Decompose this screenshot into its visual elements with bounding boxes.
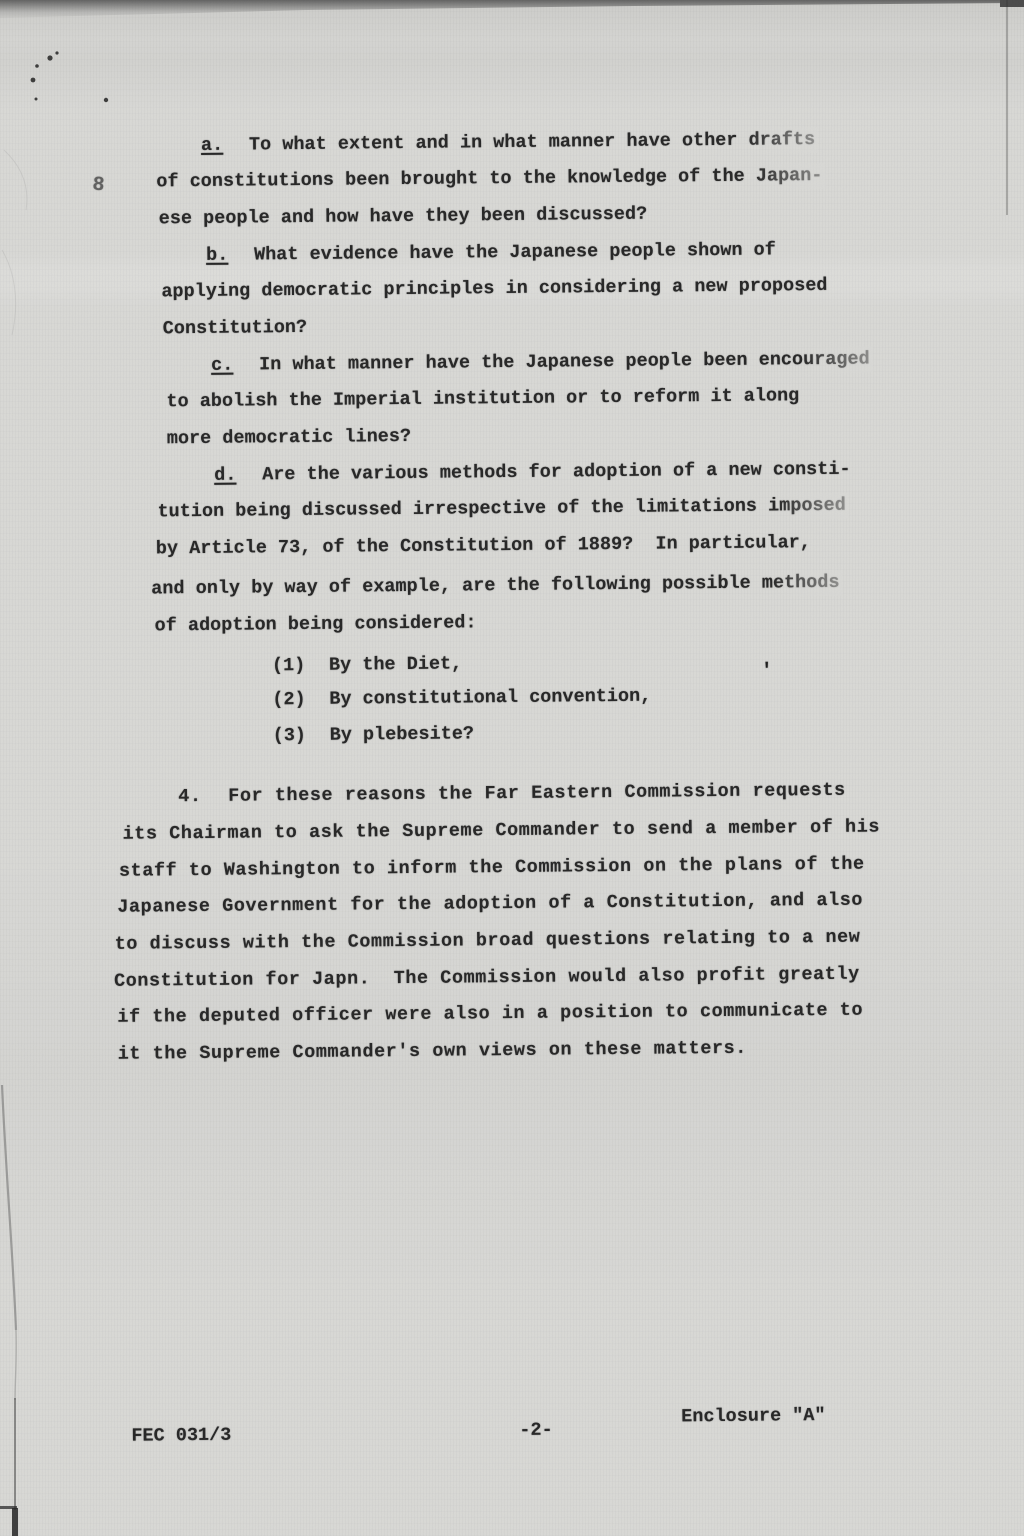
text-line: c.In what manner have the Japanese peopl… bbox=[211, 349, 870, 377]
line-text: of adoption being considered: bbox=[155, 612, 477, 636]
line-text: and only by way of example, are the foll… bbox=[151, 572, 839, 600]
stray-ink-mark: ' bbox=[761, 659, 773, 681]
footer-doc-number: FEC 031/3 bbox=[131, 1425, 231, 1447]
line-text: ese people and how have they been discus… bbox=[159, 204, 648, 230]
line-text: Constitution? bbox=[163, 317, 308, 339]
line-text: Are the various methods for adoption of … bbox=[262, 459, 851, 486]
line-text: Japanese Government for the adoption of … bbox=[117, 890, 863, 918]
line-text: To what extent and in what manner have o… bbox=[249, 129, 815, 155]
line-text: more democratic lines? bbox=[167, 426, 411, 449]
paragraph-label: d. bbox=[214, 464, 262, 486]
text-line: 4.For these reasons the Far Eastern Comm… bbox=[178, 780, 846, 808]
line-text: By plebesite? bbox=[330, 723, 475, 745]
text-line: ese people and how have they been discus… bbox=[159, 204, 648, 231]
text-line: more democratic lines? bbox=[167, 426, 411, 450]
text-line: Japanese Government for the adoption of … bbox=[117, 890, 863, 919]
line-text: if the deputed officer were also in a po… bbox=[117, 1000, 863, 1028]
line-text: its Chairman to ask the Supreme Commande… bbox=[123, 816, 881, 844]
text-line: d.Are the various methods for adoption o… bbox=[214, 459, 851, 487]
text-line: if the deputed officer were also in a po… bbox=[117, 1000, 863, 1029]
text-line: applying democratic principles in consid… bbox=[161, 275, 827, 303]
text-line: by Article 73, of the Constitution of 18… bbox=[156, 532, 811, 560]
text-line: to abolish the Imperial institution or t… bbox=[166, 385, 799, 413]
text-line: Constitution for Japn. The Commission wo… bbox=[114, 964, 860, 993]
line-text: applying democratic principles in consid… bbox=[161, 275, 827, 302]
text-line: to discuss with the Commission broad que… bbox=[115, 927, 861, 956]
line-text: Constitution for Japn. The Commission wo… bbox=[114, 964, 860, 992]
list-number: (2) bbox=[272, 689, 329, 712]
text-line: Constitution? bbox=[163, 317, 308, 340]
line-text: to discuss with the Commission broad que… bbox=[115, 927, 861, 955]
text-line: it the Supreme Commander's own views on … bbox=[118, 1038, 747, 1066]
text-line: staff to Washington to inform the Commis… bbox=[119, 854, 865, 883]
line-text: it the Supreme Commander's own views on … bbox=[118, 1038, 747, 1065]
line-text: In what manner have the Japanese people … bbox=[259, 349, 870, 376]
line-text: By the Diet, bbox=[329, 653, 462, 675]
paragraph-label: c. bbox=[211, 354, 259, 376]
text-line: its Chairman to ask the Supreme Commande… bbox=[123, 816, 881, 845]
text-line: a.To what extent and in what manner have… bbox=[201, 129, 815, 157]
scanned-document-page: { "document": { "margin_note": "8", "str… bbox=[0, 0, 1024, 1536]
footer-enclosure-label: Enclosure "A" bbox=[681, 1405, 826, 1427]
paragraph-label: a. bbox=[201, 134, 249, 156]
typewritten-text-layer: 8 ' a.To what extent and in what manner … bbox=[0, 0, 1024, 1536]
line-text: staff to Washington to inform the Commis… bbox=[119, 854, 865, 882]
line-text: For these reasons the Far Eastern Commis… bbox=[228, 780, 846, 807]
list-number: (1) bbox=[272, 655, 329, 678]
text-line: tution being discussed irrespective of t… bbox=[157, 495, 845, 524]
list-item: (3)By plebesite? bbox=[273, 723, 475, 747]
text-line: of constitutions been brought to the kno… bbox=[156, 165, 822, 193]
paragraph-label: b. bbox=[206, 244, 254, 266]
footer-page-number: -2- bbox=[519, 1420, 553, 1441]
list-item: (2)By constitutional convention, bbox=[272, 686, 651, 712]
line-text: of constitutions been brought to the kno… bbox=[156, 165, 822, 192]
text-line: b.What evidence have the Japanese people… bbox=[206, 239, 776, 266]
list-item: (1)By the Diet, bbox=[272, 653, 462, 677]
line-text: What evidence have the Japanese people s… bbox=[254, 239, 776, 265]
text-line: of adoption being considered: bbox=[155, 612, 477, 637]
paragraph-label: 4. bbox=[178, 786, 228, 808]
line-text: tution being discussed irrespective of t… bbox=[157, 495, 845, 523]
margin-mark: 8 bbox=[91, 173, 105, 197]
line-text: to abolish the Imperial institution or t… bbox=[166, 385, 799, 412]
line-text: By constitutional convention, bbox=[329, 686, 651, 710]
text-line: and only by way of example, are the foll… bbox=[151, 572, 839, 601]
line-text: by Article 73, of the Constitution of 18… bbox=[156, 532, 811, 559]
list-number: (3) bbox=[273, 725, 330, 748]
